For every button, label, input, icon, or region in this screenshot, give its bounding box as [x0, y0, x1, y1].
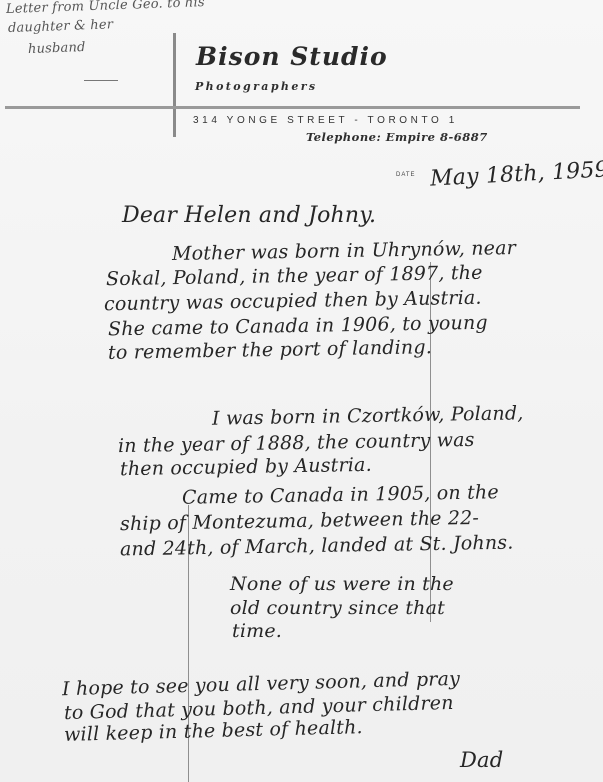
margin-note-line-3: husband: [28, 40, 86, 57]
paragraph-3-line-3: and 24th, of March, landed at St. Johns.: [120, 532, 514, 561]
salutation: Dear Helen and Johny.: [122, 203, 376, 228]
date-label: DATE: [396, 172, 416, 178]
signature: Dad: [460, 748, 503, 772]
paragraph-2-line-2: in the year of 1888, the country was: [118, 429, 475, 457]
letter-page: Letter from Uncle Geo. to his daughter &…: [0, 0, 603, 782]
margin-note-line-1: Letter from Uncle Geo. to his: [6, 0, 205, 17]
letterhead-vertical-bar: [173, 33, 176, 137]
paragraph-3-line-1: Came to Canada in 1905, on the: [182, 481, 499, 509]
paragraph-1-line-2: Sokal, Poland, in the year of 1897, the: [106, 262, 483, 291]
paragraph-4-line-3: time.: [232, 620, 282, 642]
studio-telephone: Telephone: Empire 8-6887: [306, 130, 488, 144]
paragraph-1-line-5: to remember the port of landing.: [108, 336, 432, 364]
margin-note-underline: [84, 80, 118, 81]
paragraph-4-line-2: old country since that: [230, 597, 445, 619]
paragraph-3-line-2: ship of Montezuma, between the 22-: [120, 507, 479, 535]
studio-address: 314 YONGE STREET - TORONTO 1: [193, 115, 458, 126]
letter-date: May 18th, 1959: [429, 157, 603, 191]
paragraph-1-line-3: country was occupied then by Austria.: [104, 287, 482, 316]
margin-note-line-2: daughter & her: [8, 17, 114, 36]
letterhead-horizontal-rule: [5, 106, 580, 109]
studio-name: Bison Studio: [196, 42, 388, 71]
paragraph-2-line-3: then occupied by Austria.: [120, 454, 372, 480]
paragraph-1-line-1: Mother was born in Uhrynów, near: [172, 237, 516, 265]
studio-tagline: Photographers: [195, 80, 318, 93]
paragraph-4-line-1: None of us were in the: [230, 573, 454, 595]
paragraph-2-line-1: I was born in Czortków, Poland,: [212, 402, 524, 429]
